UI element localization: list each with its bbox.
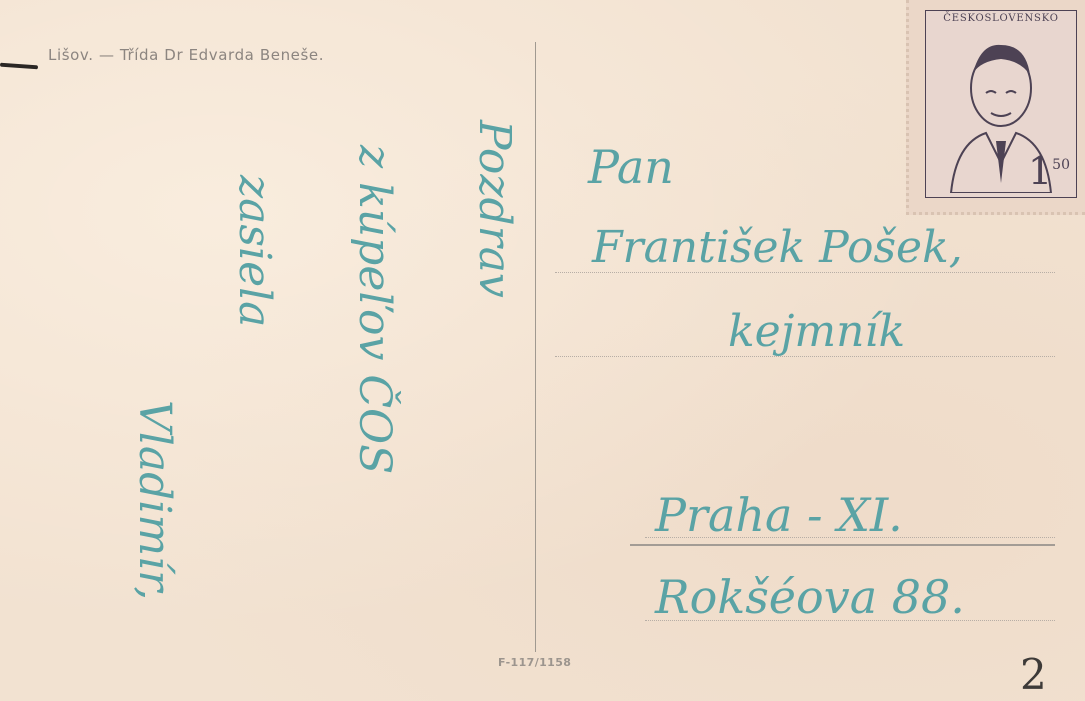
message-line: Vladimír, xyxy=(129,400,180,600)
message-line: z kúpeľov ČOS xyxy=(349,145,400,474)
address-rule-solid xyxy=(630,544,1055,546)
stamp-country: ČESKOSLOVENSKO xyxy=(926,13,1076,24)
message-line: zasiela xyxy=(229,175,280,327)
stamp-value: 150 xyxy=(1028,149,1070,193)
print-code: F-117/1158 xyxy=(498,656,571,669)
address-city: Praha - XI. xyxy=(655,488,903,542)
message-line: Pozdrav xyxy=(469,120,520,298)
postcard-caption: Lišov. — Třída Dr Edvarda Beneše. xyxy=(48,46,324,64)
address-salutation: Pan xyxy=(588,140,674,194)
postcard-back: Lišov. — Třída Dr Edvarda Beneše. F-117/… xyxy=(0,0,1085,701)
pen-mark xyxy=(0,63,38,70)
center-divider xyxy=(535,42,536,652)
corner-note: 2 xyxy=(1020,650,1047,699)
address-street: Rokšéova 88. xyxy=(655,570,965,624)
address-name: František Pošek, xyxy=(592,222,963,273)
postage-stamp: ČESKOSLOVENSKO 150 xyxy=(906,0,1085,215)
address-occupation: kejmník xyxy=(728,306,905,357)
